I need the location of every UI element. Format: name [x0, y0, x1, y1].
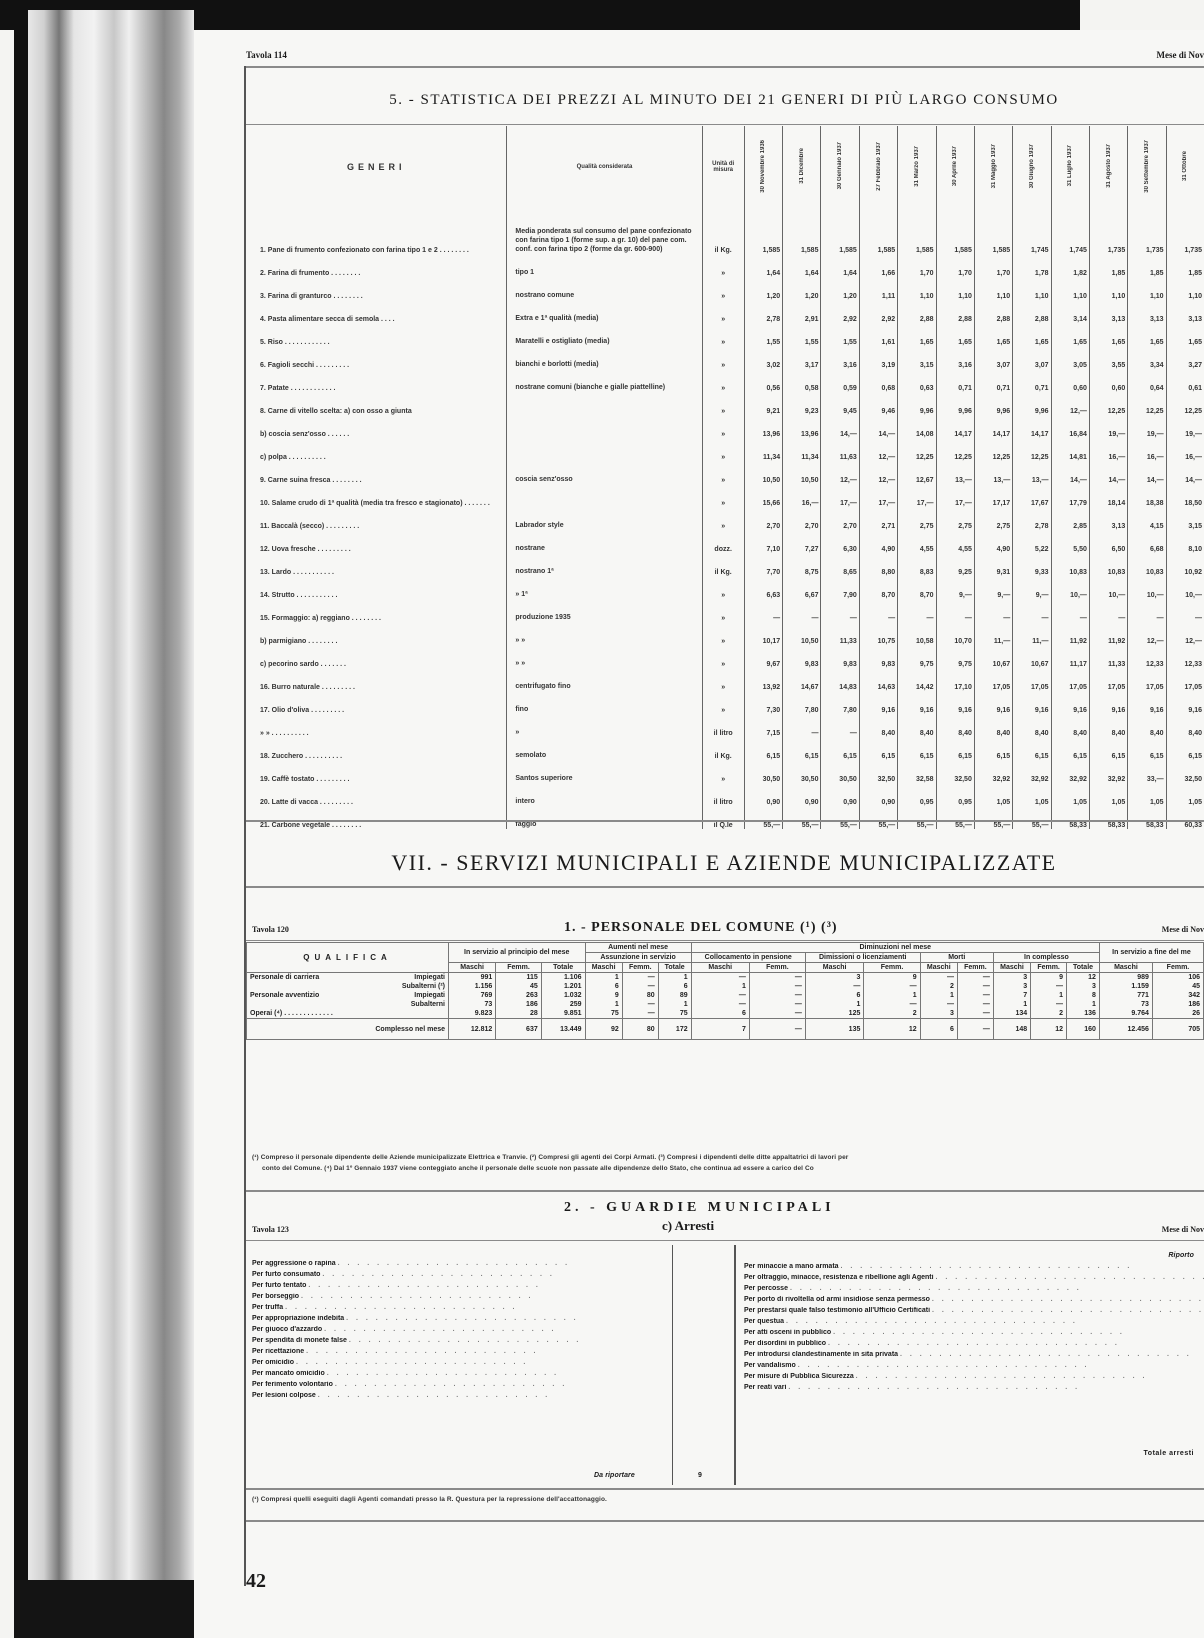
- price-cell: 11,—: [1013, 622, 1051, 645]
- price-cell: 0,90: [859, 783, 897, 806]
- arrest-item: Per appropriazione indebita . . . . . . …: [252, 1315, 672, 1326]
- table-row: 9. Carne suina fresca . . . . . . . .cos…: [246, 461, 1204, 484]
- price-cell: 11,63: [821, 438, 859, 461]
- unita-cell: »: [702, 254, 744, 277]
- price-cell: 6,15: [1051, 737, 1089, 760]
- price-cell: 16,—: [783, 484, 821, 507]
- value-cell: —: [864, 982, 920, 991]
- value-cell: —: [957, 991, 993, 1000]
- price-cell: 30,50: [783, 760, 821, 783]
- arrest-item: Per ferimento volontario . . . . . . . .…: [252, 1381, 672, 1392]
- value-cell: —: [691, 991, 749, 1000]
- arrest-item: Per ricettazione . . . . . . . . . . . .…: [252, 1348, 672, 1359]
- arrest-item: Per truffa . . . . . . . . . . . . . . .…: [252, 1304, 672, 1315]
- price-cell: 9,16: [936, 691, 974, 714]
- price-cell: 1,65: [1166, 323, 1204, 346]
- price-cell: 2,75: [936, 507, 974, 530]
- price-cell: 2,92: [859, 300, 897, 323]
- price-cell: 1,20: [744, 277, 782, 300]
- header-rule: [244, 66, 1204, 68]
- price-cell: 1,65: [1013, 323, 1051, 346]
- price-cell: 12,25: [898, 438, 936, 461]
- price-cell: 1,64: [744, 254, 782, 277]
- price-cell: 9,23: [783, 392, 821, 415]
- value-cell: 769: [449, 991, 496, 1000]
- price-cell: 12,25: [974, 438, 1012, 461]
- value-cell: —: [805, 982, 863, 991]
- price-cell: 6,50: [1089, 530, 1127, 553]
- price-cell: 8,40: [1013, 714, 1051, 737]
- price-cell: 1,10: [1089, 277, 1127, 300]
- price-cell: 8,83: [898, 553, 936, 576]
- price-cell: 9,16: [898, 691, 936, 714]
- genere-cell: 12. Uova fresche . . . . . . . . .: [246, 530, 507, 553]
- table-row: Personale avventizio Impiegati7692631.03…: [247, 991, 1204, 1000]
- col-maschi: Maschi: [691, 963, 749, 973]
- price-cell: 9,45: [821, 392, 859, 415]
- value-cell: 989: [1099, 973, 1152, 983]
- value-cell: 6: [691, 1009, 749, 1019]
- price-cell: 0,95: [936, 783, 974, 806]
- price-cell: 9,25: [936, 553, 974, 576]
- arrest-item: Per misure di Pubblica Sicurezza . . . .…: [744, 1373, 1204, 1384]
- price-cell: 1,10: [898, 277, 936, 300]
- price-cell: 0,60: [1051, 369, 1089, 392]
- section-title: VII. - SERVIZI MUNICIPALI E AZIENDE MUNI…: [254, 850, 1194, 876]
- price-cell: 1,70: [898, 254, 936, 277]
- price-cell: 6,15: [744, 737, 782, 760]
- price-cell: 14,—: [1166, 461, 1204, 484]
- arrest-item: Per oltraggio, minacce, resistenza e rib…: [744, 1274, 1204, 1285]
- price-cell: 8,40: [1051, 714, 1089, 737]
- col-dimissioni: Dimissioni o licenziamenti: [805, 953, 920, 963]
- price-cell: 11,17: [1051, 645, 1089, 668]
- personnel-body: Personale di carriera Impiegati9911151.1…: [247, 973, 1204, 1040]
- price-cell: 9,16: [1166, 691, 1204, 714]
- price-cell: 32,92: [1051, 760, 1089, 783]
- value-cell: 8: [1067, 991, 1100, 1000]
- price-cell: 13,92: [744, 668, 782, 691]
- table-row: 7. Patate . . . . . . . . . . . .nostran…: [246, 369, 1204, 392]
- price-cell: 9,16: [1051, 691, 1089, 714]
- price-cell: 9,16: [1013, 691, 1051, 714]
- price-cell: 7,70: [744, 553, 782, 576]
- col-femm: Femm.: [749, 963, 805, 973]
- price-cell: 10,—: [1166, 576, 1204, 599]
- value-cell: 6: [585, 982, 622, 991]
- arrests-left-list: Per aggressione o rapina . . . . . . . .…: [252, 1260, 672, 1403]
- col-collocamento: Collocamento in pensione: [691, 953, 805, 963]
- table-row: Operai (⁴) . . . . . . . . . . . . . 9.8…: [247, 1009, 1204, 1019]
- price-cell: —: [898, 599, 936, 622]
- value-cell: —: [957, 973, 993, 983]
- table-row: 3. Farina di granturco . . . . . . . .no…: [246, 277, 1204, 300]
- col-maschi: Maschi: [993, 963, 1030, 973]
- table-row: 20. Latte di vacca . . . . . . . . .inte…: [246, 783, 1204, 806]
- price-cell: 3,13: [1089, 300, 1127, 323]
- price-cell: 9,96: [1013, 392, 1051, 415]
- price-cell: 1,735: [1166, 208, 1204, 254]
- price-cell: 14,63: [859, 668, 897, 691]
- price-cell: 9,16: [1128, 691, 1166, 714]
- value-cell: 136: [1067, 1009, 1100, 1019]
- price-cell: 8,40: [1128, 714, 1166, 737]
- price-cell: 0,90: [744, 783, 782, 806]
- price-cell: 1,10: [1013, 277, 1051, 300]
- price-cell: 3,07: [1013, 346, 1051, 369]
- qualita-cell: Maratelli e ostigliato (media): [507, 323, 702, 346]
- guards-top-rule: [246, 1190, 1204, 1192]
- price-cell: 1,585: [859, 208, 897, 254]
- footnote: (¹) Compreso il personale dipendente del…: [252, 1152, 1202, 1163]
- table-row: 10. Salame crudo di 1ª qualità (media tr…: [246, 484, 1204, 507]
- price-cell: 9,21: [744, 392, 782, 415]
- price-cell: 4,15: [1128, 507, 1166, 530]
- qualita-cell: faggio: [507, 806, 702, 829]
- price-cell: 55,—: [1013, 806, 1051, 829]
- col-diminuzioni: Diminuzioni nel mese: [691, 943, 1099, 953]
- qualita-cell: nostrano 1ª: [507, 553, 702, 576]
- total-cell: 135: [805, 1019, 863, 1040]
- genere-cell: 4. Pasta alimentare secca di semola . . …: [246, 300, 507, 323]
- price-cell: 8,40: [898, 714, 936, 737]
- price-cell: 14,—: [821, 415, 859, 438]
- price-cell: 2,70: [821, 507, 859, 530]
- unita-cell: »: [702, 668, 744, 691]
- price-cell: 8,40: [974, 714, 1012, 737]
- price-cell: 1,65: [974, 323, 1012, 346]
- table-row: 6. Fagioli secchi . . . . . . . . .bianc…: [246, 346, 1204, 369]
- personnel-top-rule: [246, 940, 1204, 941]
- value-cell: 45: [496, 982, 541, 991]
- unita-cell: »: [702, 277, 744, 300]
- value-cell: —: [1031, 1000, 1067, 1009]
- price-cell: 9,31: [974, 553, 1012, 576]
- total-cell: 13.449: [541, 1019, 585, 1040]
- price-cell: 10,50: [744, 461, 782, 484]
- price-cell: 6,15: [783, 737, 821, 760]
- price-cell: 17,—: [898, 484, 936, 507]
- total-cell: 12.812: [449, 1019, 496, 1040]
- price-cell: 7,80: [821, 691, 859, 714]
- value-cell: 9: [585, 991, 622, 1000]
- genere-cell: 9. Carne suina fresca . . . . . . . .: [246, 461, 507, 484]
- price-cell: 9,96: [898, 392, 936, 415]
- price-cell: 1,70: [936, 254, 974, 277]
- price-cell: 0,56: [744, 369, 782, 392]
- qualifica-cell: Subalterni (²): [247, 982, 449, 991]
- genere-cell: » » . . . . . . . . . .: [246, 714, 507, 737]
- arrest-item: Per atti osceni in pubblico . . . . . . …: [744, 1329, 1204, 1340]
- unita-cell: »: [702, 392, 744, 415]
- price-cell: 32,92: [974, 760, 1012, 783]
- price-cell: 9,83: [783, 645, 821, 668]
- price-cell: 17,05: [1051, 668, 1089, 691]
- price-cell: 0,90: [821, 783, 859, 806]
- section-rule: [246, 886, 1204, 888]
- prices-table: GENERI Qualità considerata Unità di misu…: [246, 126, 1204, 829]
- price-cell: 19,—: [1128, 415, 1166, 438]
- unita-cell: il litro: [702, 783, 744, 806]
- price-cell: 1,55: [744, 323, 782, 346]
- price-cell: 6,15: [821, 737, 859, 760]
- price-cell: 1,05: [1013, 783, 1051, 806]
- price-cell: 12,—: [859, 461, 897, 484]
- price-cell: 16,84: [1051, 415, 1089, 438]
- price-cell: 3,16: [936, 346, 974, 369]
- col-maschi: Maschi: [805, 963, 863, 973]
- price-cell: 11,34: [744, 438, 782, 461]
- price-cell: 0,90: [783, 783, 821, 806]
- price-cell: 1,05: [1166, 783, 1204, 806]
- genere-cell: 20. Latte di vacca . . . . . . . . .: [246, 783, 507, 806]
- genere-cell: 1. Pane di frumento confezionato con far…: [246, 208, 507, 254]
- table-row: Subalterni (²)1.156451.2016—61———2—3—31.…: [247, 982, 1204, 991]
- price-cell: 16,—: [1128, 438, 1166, 461]
- table-row: 17. Olio d'oliva . . . . . . . . .fino»7…: [246, 691, 1204, 714]
- price-cell: 10,—: [1051, 576, 1089, 599]
- price-cell: 17,05: [1166, 668, 1204, 691]
- price-cell: 11,34: [783, 438, 821, 461]
- price-cell: 2,88: [974, 300, 1012, 323]
- price-cell: 17,05: [1013, 668, 1051, 691]
- price-cell: 7,30: [744, 691, 782, 714]
- value-cell: —: [622, 1000, 658, 1009]
- arrests-right-list: Per minaccie a mano armata . . . . . . .…: [744, 1263, 1204, 1395]
- price-cell: 10,67: [974, 645, 1012, 668]
- col-date: 27 Febbraio 1937: [859, 126, 897, 208]
- price-cell: 1,745: [1051, 208, 1089, 254]
- price-cell: 2,71: [859, 507, 897, 530]
- price-cell: 10,83: [1051, 553, 1089, 576]
- qualita-cell: » 1ª: [507, 576, 702, 599]
- price-cell: 8,40: [1089, 714, 1127, 737]
- col-date: 31 Luglio 1937: [1051, 126, 1089, 208]
- price-cell: 2,75: [898, 507, 936, 530]
- value-cell: 3: [993, 982, 1030, 991]
- col-date: 30 Gennaio 1937: [821, 126, 859, 208]
- price-cell: 3,13: [1128, 300, 1166, 323]
- price-cell: 13,—: [974, 461, 1012, 484]
- price-cell: —: [1166, 599, 1204, 622]
- price-cell: 12,67: [898, 461, 936, 484]
- price-cell: 8,40: [859, 714, 897, 737]
- unita-cell: dozz.: [702, 530, 744, 553]
- price-cell: 0,63: [898, 369, 936, 392]
- price-cell: 2,88: [1013, 300, 1051, 323]
- price-cell: 9,16: [974, 691, 1012, 714]
- table-row: 16. Burro naturale . . . . . . . . .cent…: [246, 668, 1204, 691]
- value-cell: —: [749, 1000, 805, 1009]
- qualita-cell: » »: [507, 622, 702, 645]
- total-label: Complesso nel mese: [247, 1019, 449, 1040]
- price-cell: 1,585: [744, 208, 782, 254]
- price-cell: 14,42: [898, 668, 936, 691]
- price-cell: 18,50: [1166, 484, 1204, 507]
- arrest-item: Per prestarsi quale falso testimonio all…: [744, 1307, 1204, 1318]
- personnel-month: Mese di Nov: [1162, 925, 1204, 934]
- price-cell: 3,15: [898, 346, 936, 369]
- unita-cell: »: [702, 622, 744, 645]
- col-totale: Totale: [1067, 963, 1100, 973]
- col-in-servizio-inizio: In servizio al principio del mese: [449, 943, 586, 963]
- table-row: 21. Carbone vegetale . . . . . . . .fagg…: [246, 806, 1204, 829]
- value-cell: 75: [658, 1009, 691, 1019]
- price-cell: 6,68: [1128, 530, 1166, 553]
- value-cell: 1: [805, 1000, 863, 1009]
- price-cell: 2,75: [974, 507, 1012, 530]
- value-cell: 9: [864, 973, 920, 983]
- price-cell: 1,585: [821, 208, 859, 254]
- price-cell: 3,14: [1051, 300, 1089, 323]
- qualita-cell: [507, 438, 702, 461]
- price-cell: 1,10: [936, 277, 974, 300]
- price-cell: 2,70: [783, 507, 821, 530]
- price-cell: 2,85: [1051, 507, 1089, 530]
- total-cell: 160: [1067, 1019, 1100, 1040]
- price-cell: 32,92: [1089, 760, 1127, 783]
- table-row: b) coscia senz'osso . . . . . .»13,9613,…: [246, 415, 1204, 438]
- price-cell: 1,66: [859, 254, 897, 277]
- price-cell: 10,58: [898, 622, 936, 645]
- price-cell: —: [783, 599, 821, 622]
- value-cell: 9: [1031, 973, 1067, 983]
- price-cell: 1,65: [1051, 323, 1089, 346]
- price-cell: 19,—: [1089, 415, 1127, 438]
- price-cell: —: [859, 599, 897, 622]
- col-femm: Femm.: [622, 963, 658, 973]
- qualita-cell: centrifugato fino: [507, 668, 702, 691]
- qualita-cell: »: [507, 714, 702, 737]
- price-cell: 12,25: [1166, 392, 1204, 415]
- price-cell: 1,10: [1051, 277, 1089, 300]
- price-cell: 15,66: [744, 484, 782, 507]
- price-cell: —: [821, 714, 859, 737]
- genere-cell: 8. Carne di vitello scelta: a) con osso …: [246, 392, 507, 415]
- genere-cell: 16. Burro naturale . . . . . . . . .: [246, 668, 507, 691]
- unita-cell: »: [702, 415, 744, 438]
- price-cell: 9,46: [859, 392, 897, 415]
- price-cell: 32,50: [1166, 760, 1204, 783]
- qualita-cell: Santos superiore: [507, 760, 702, 783]
- price-cell: 1,735: [1089, 208, 1127, 254]
- price-cell: 12,25: [936, 438, 974, 461]
- table-row: 5. Riso . . . . . . . . . . . .Maratelli…: [246, 323, 1204, 346]
- price-cell: 3,17: [783, 346, 821, 369]
- price-cell: 58,33: [1128, 806, 1166, 829]
- qualifica-cell: Personale di carriera Impiegati: [247, 973, 449, 983]
- price-cell: 10,70: [936, 622, 974, 645]
- unita-cell: il Kg.: [702, 553, 744, 576]
- unita-cell: »: [702, 576, 744, 599]
- price-cell: 12,25: [1089, 392, 1127, 415]
- unita-cell: »: [702, 507, 744, 530]
- price-cell: 9,83: [859, 645, 897, 668]
- value-cell: 7: [993, 991, 1030, 1000]
- price-cell: 9,96: [974, 392, 1012, 415]
- arrest-item: Per porto di rivoltella od armi insidios…: [744, 1296, 1204, 1307]
- unita-cell: »: [702, 599, 744, 622]
- qualita-cell: fino: [507, 691, 702, 714]
- col-morti: Morti: [920, 953, 993, 963]
- price-cell: 0,68: [859, 369, 897, 392]
- qualita-cell: semolato: [507, 737, 702, 760]
- value-cell: 1: [585, 973, 622, 983]
- price-cell: 6,15: [974, 737, 1012, 760]
- col-date: 30 Aprile 1937: [936, 126, 974, 208]
- price-cell: 8,70: [859, 576, 897, 599]
- unita-cell: il Q.le: [702, 806, 744, 829]
- prices-bottom-rule: [246, 820, 1204, 822]
- value-cell: 9.823: [449, 1009, 496, 1019]
- col-aumenti: Aumenti nel mese: [585, 943, 691, 953]
- price-cell: 12,—: [1051, 392, 1089, 415]
- guards-tavola: Tavola 123: [252, 1225, 289, 1234]
- price-cell: 7,80: [783, 691, 821, 714]
- price-cell: 1,585: [974, 208, 1012, 254]
- price-cell: 8,10: [1166, 530, 1204, 553]
- price-cell: 10,75: [859, 622, 897, 645]
- price-cell: 1,64: [821, 254, 859, 277]
- value-cell: 3: [920, 1009, 957, 1019]
- table-row: 18. Zucchero . . . . . . . . . .semolato…: [246, 737, 1204, 760]
- price-cell: 12,25: [1128, 392, 1166, 415]
- qualita-cell: nostrano comune: [507, 277, 702, 300]
- value-cell: 1: [658, 1000, 691, 1009]
- guards-footnote: (¹) Compresi quelli eseguiti dagli Agent…: [252, 1496, 607, 1503]
- price-cell: 58,33: [1051, 806, 1089, 829]
- page-bottom-rule: [246, 1520, 1204, 1522]
- price-cell: 1,11: [859, 277, 897, 300]
- genere-cell: 2. Farina di frumento . . . . . . . .: [246, 254, 507, 277]
- price-cell: 14,17: [1013, 415, 1051, 438]
- price-cell: 9,16: [859, 691, 897, 714]
- price-cell: 55,—: [783, 806, 821, 829]
- col-in-servizio-fine: In servizio a fine del me: [1099, 943, 1203, 963]
- unita-cell: »: [702, 645, 744, 668]
- personnel-tavola: Tavola 120: [252, 925, 289, 934]
- value-cell: 125: [805, 1009, 863, 1019]
- value-cell: 1: [585, 1000, 622, 1009]
- table-row: 14. Strutto . . . . . . . . . . .» 1ª»6,…: [246, 576, 1204, 599]
- qualita-cell: [507, 415, 702, 438]
- value-cell: 263: [496, 991, 541, 1000]
- footnote: conto del Comune. (⁴) Dal 1º Gennaio 193…: [252, 1163, 1202, 1174]
- unita-cell: »: [702, 760, 744, 783]
- price-cell: —: [821, 599, 859, 622]
- price-cell: 0,95: [898, 783, 936, 806]
- riporto-label: Riporto: [1168, 1252, 1194, 1259]
- value-cell: 75: [585, 1009, 622, 1019]
- value-cell: —: [622, 982, 658, 991]
- price-cell: —: [1089, 599, 1127, 622]
- price-cell: 0,71: [974, 369, 1012, 392]
- col-maschi: Maschi: [1099, 963, 1152, 973]
- personnel-title: 1. - PERSONALE DEL COMUNE (¹) (³): [564, 920, 838, 936]
- price-cell: 6,67: [783, 576, 821, 599]
- col-date: 31 Dicembre: [783, 126, 821, 208]
- unita-cell: »: [702, 484, 744, 507]
- price-cell: 10,50: [783, 622, 821, 645]
- price-cell: 1,20: [783, 277, 821, 300]
- unita-cell: »: [702, 300, 744, 323]
- qualita-cell: bianchi e borlotti (media): [507, 346, 702, 369]
- arrest-item: Per omicidio . . . . . . . . . . . . . .…: [252, 1359, 672, 1370]
- value-cell: 12: [1067, 973, 1100, 983]
- price-cell: —: [1051, 599, 1089, 622]
- price-cell: 18,38: [1128, 484, 1166, 507]
- col-qualifica: QUALIFICA: [247, 943, 449, 973]
